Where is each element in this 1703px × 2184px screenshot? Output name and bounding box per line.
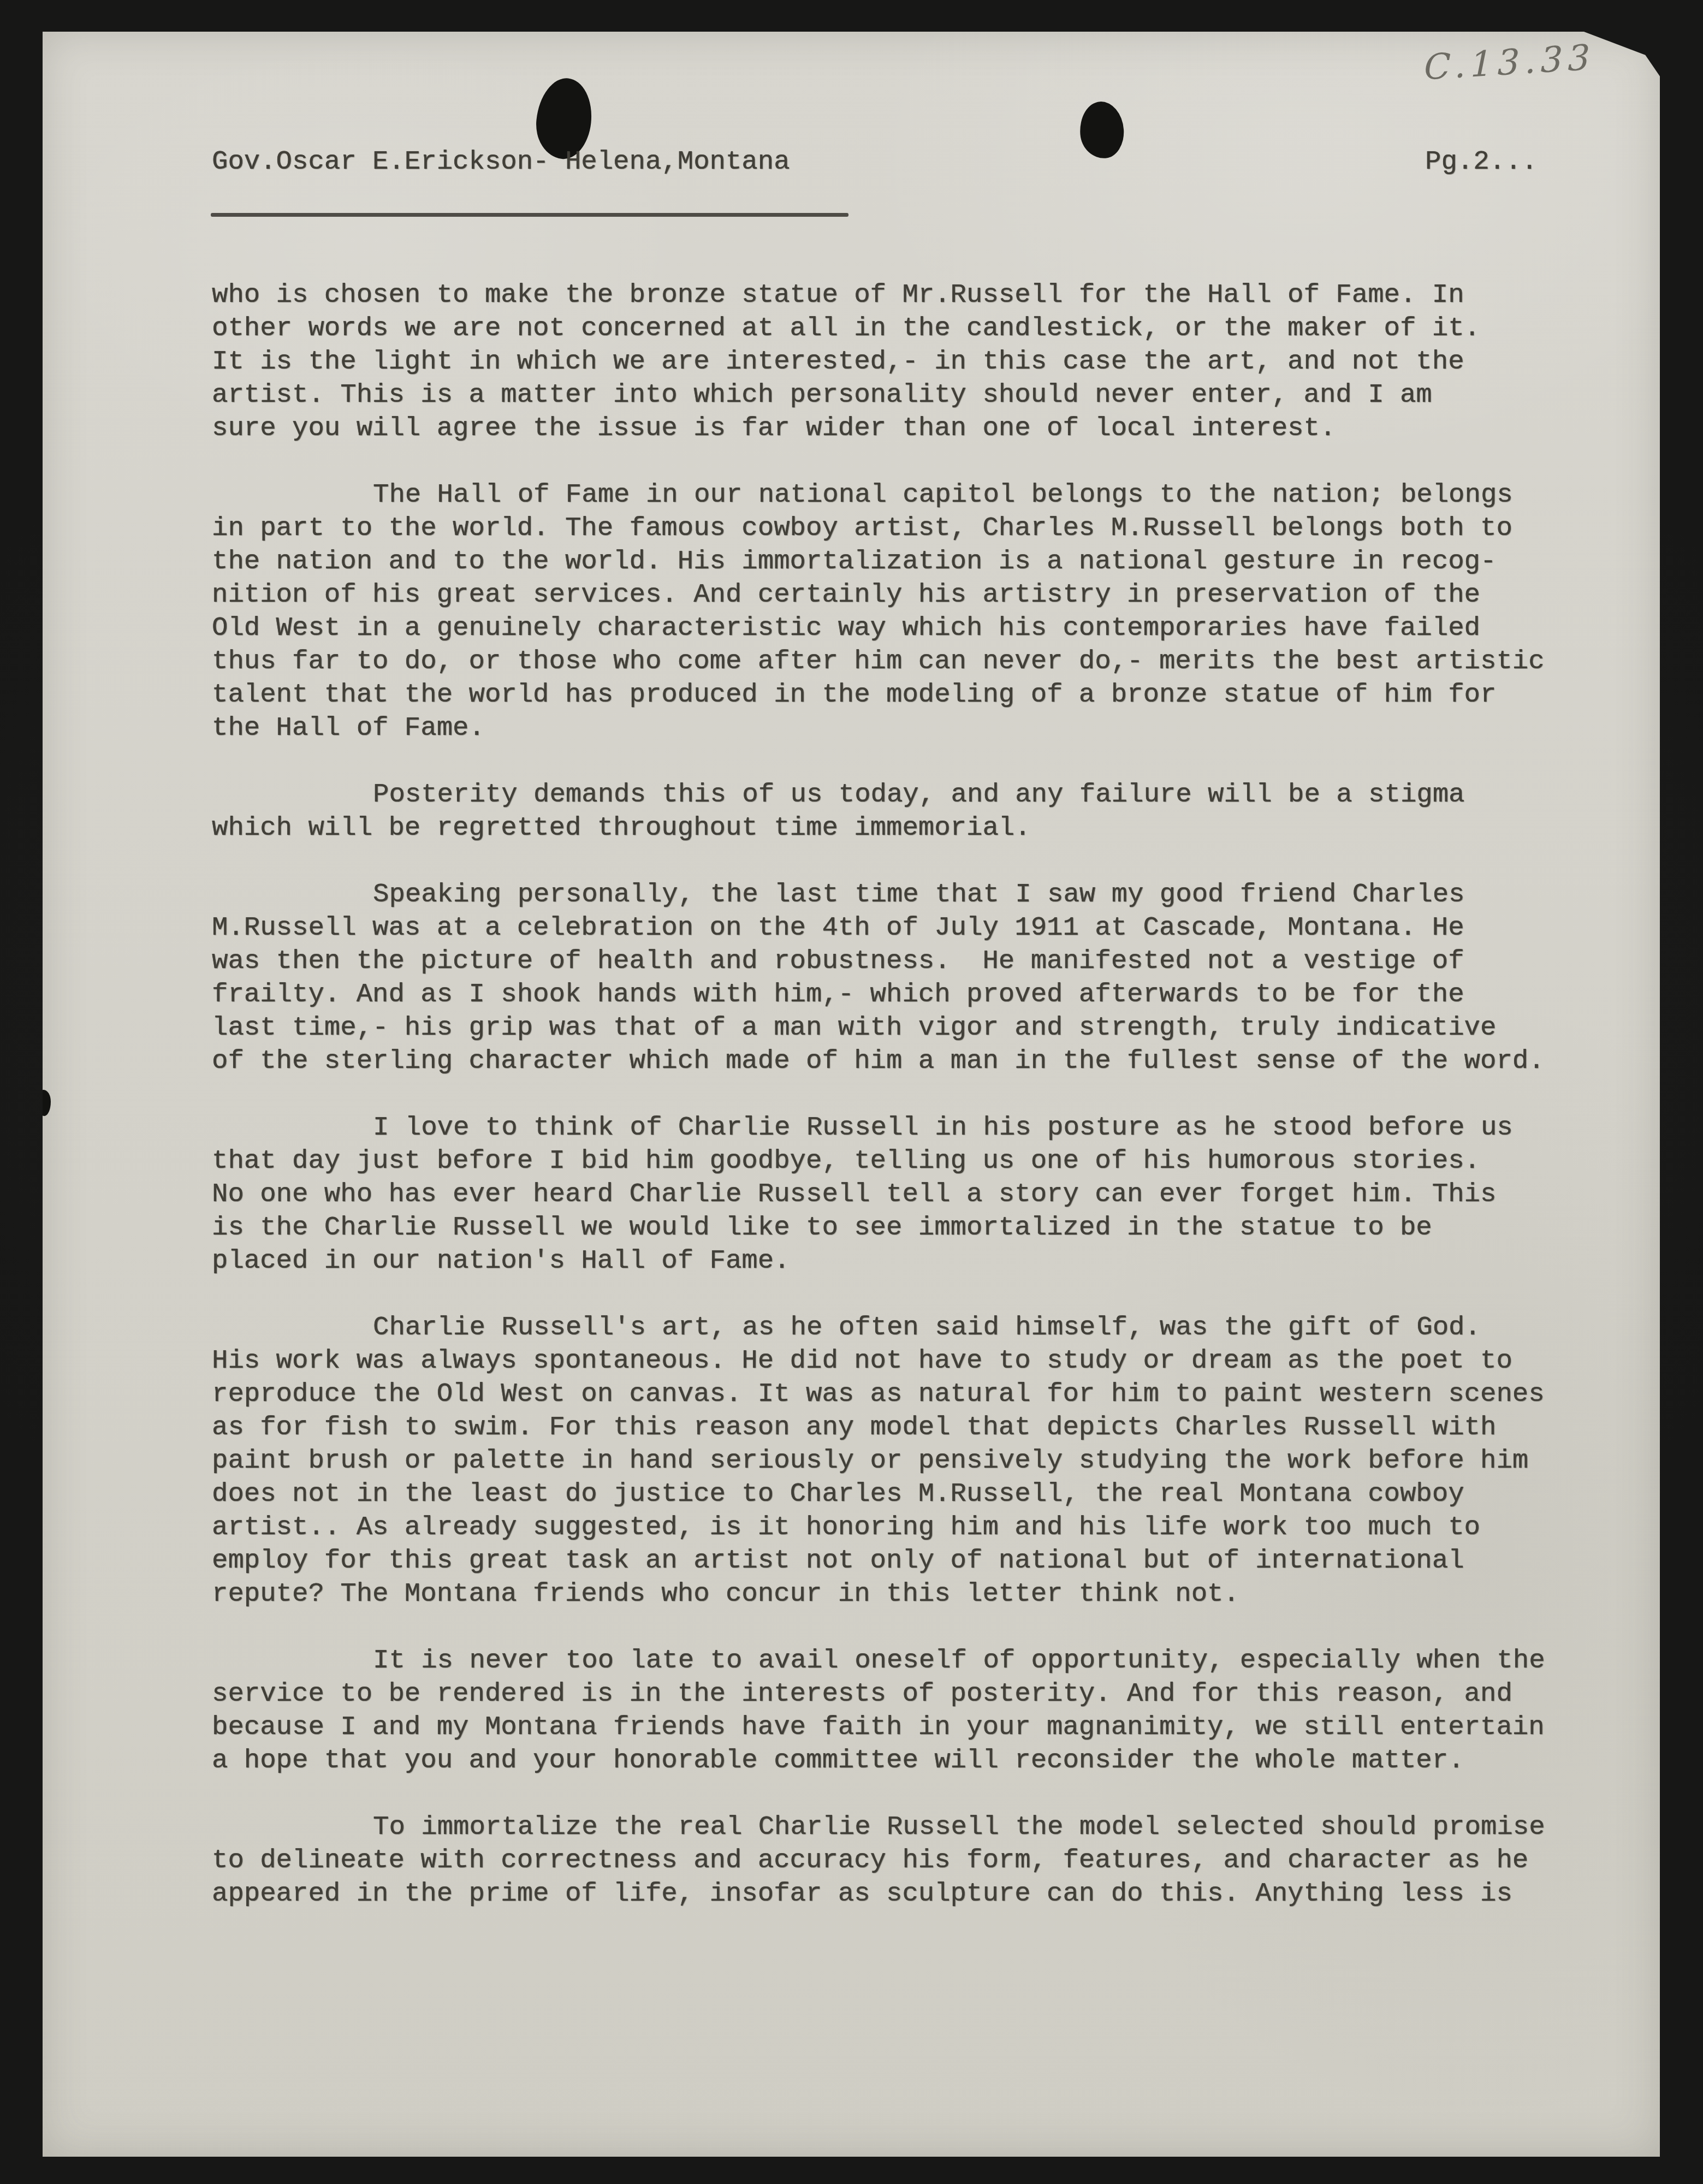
text-line: Old West in a genuinely characteristic w… bbox=[212, 612, 1621, 645]
text-line: paint brush or palette in hand seriously… bbox=[212, 1444, 1621, 1477]
text-line: I love to think of Charlie Russell in hi… bbox=[212, 1111, 1621, 1144]
paragraph: To immortalize the real Charlie Russell … bbox=[212, 1811, 1621, 1910]
header-underline bbox=[211, 213, 848, 217]
paragraph: Charlie Russell's art, as he often said … bbox=[212, 1311, 1621, 1611]
paragraph: It is never too late to avail oneself of… bbox=[212, 1644, 1621, 1777]
punch-hole-icon bbox=[1078, 100, 1125, 159]
text-line: who is chosen to make the bronze statue … bbox=[212, 278, 1621, 312]
text-line: service to be rendered is in the interes… bbox=[212, 1677, 1621, 1711]
paragraph: Speaking personally, the last time that … bbox=[212, 878, 1621, 1078]
text-line: does not in the least do justice to Char… bbox=[212, 1477, 1621, 1511]
text-line: It is never too late to avail oneself of… bbox=[212, 1644, 1621, 1677]
text-line: artist.. As already suggested, is it hon… bbox=[212, 1511, 1621, 1544]
archival-annotation: C.13.33 bbox=[1424, 37, 1595, 88]
paragraph: who is chosen to make the bronze statue … bbox=[212, 278, 1621, 445]
text-line: M.Russell was at a celebration on the 4t… bbox=[212, 911, 1621, 945]
text-line: The Hall of Fame in our national capitol… bbox=[212, 478, 1621, 512]
text-line: It is the light in which we are interest… bbox=[212, 345, 1621, 378]
text-line: reproduce the Old West on canvas. It was… bbox=[212, 1378, 1621, 1411]
text-line: repute? The Montana friends who concur i… bbox=[212, 1577, 1621, 1611]
letter-body: who is chosen to make the bronze statue … bbox=[212, 278, 1621, 1910]
text-line: is the Charlie Russell we would like to … bbox=[212, 1211, 1621, 1244]
text-line: artist. This is a matter into which pers… bbox=[212, 378, 1621, 412]
page-number: Pg.2... bbox=[1425, 145, 1538, 179]
text-line: in part to the world. The famous cowboy … bbox=[212, 512, 1621, 545]
text-line: last time,- his grip was that of a man w… bbox=[212, 1011, 1621, 1044]
text-line: Speaking personally, the last time that … bbox=[212, 878, 1621, 911]
text-line: sure you will agree the issue is far wid… bbox=[212, 412, 1621, 445]
text-line: of the sterling character which made of … bbox=[212, 1044, 1621, 1078]
text-line: other words we are not concerned at all … bbox=[212, 312, 1621, 345]
text-line: which will be regretted throughout time … bbox=[212, 811, 1621, 845]
text-line: the nation and to the world. His immorta… bbox=[212, 545, 1621, 578]
text-line: No one who has ever heard Charlie Russel… bbox=[212, 1178, 1621, 1211]
text-line: appeared in the prime of life, insofar a… bbox=[212, 1877, 1621, 1910]
text-line: as for fish to swim. For this reason any… bbox=[212, 1411, 1621, 1444]
text-line: To immortalize the real Charlie Russell … bbox=[212, 1811, 1621, 1844]
text-line: the Hall of Fame. bbox=[212, 711, 1621, 745]
letter-page: C.13.33 Gov.Oscar E.Erickson- Helena,Mon… bbox=[43, 32, 1660, 2157]
text-line: a hope that you and your honorable commi… bbox=[212, 1744, 1621, 1777]
text-line: employ for this great task an artist not… bbox=[212, 1544, 1621, 1577]
text-line: Posterity demands this of us today, and … bbox=[212, 778, 1621, 811]
text-line: was then the picture of health and robus… bbox=[212, 945, 1621, 978]
paragraph: I love to think of Charlie Russell in hi… bbox=[212, 1111, 1621, 1278]
paper-tear-speck bbox=[38, 1090, 51, 1116]
text-line: that day just before I bid him goodbye, … bbox=[212, 1144, 1621, 1178]
text-line: Charlie Russell's art, as he often said … bbox=[212, 1311, 1621, 1344]
header-addressee: Gov.Oscar E.Erickson- Helena,Montana bbox=[212, 145, 790, 179]
text-line: talent that the world has produced in th… bbox=[212, 678, 1621, 711]
text-line: thus far to do, or those who come after … bbox=[212, 645, 1621, 678]
text-line: nition of his great services. And certai… bbox=[212, 578, 1621, 612]
text-line: His work was always spontaneous. He did … bbox=[212, 1344, 1621, 1378]
text-line: placed in our nation's Hall of Fame. bbox=[212, 1244, 1621, 1278]
text-line: because I and my Montana friends have fa… bbox=[212, 1711, 1621, 1744]
text-line: to delineate with correctness and accura… bbox=[212, 1844, 1621, 1877]
paragraph: Posterity demands this of us today, and … bbox=[212, 778, 1621, 845]
paragraph: The Hall of Fame in our national capitol… bbox=[212, 478, 1621, 745]
text-line: frailty. And as I shook hands with him,-… bbox=[212, 978, 1621, 1011]
photographed-document: C.13.33 Gov.Oscar E.Erickson- Helena,Mon… bbox=[0, 0, 1703, 2184]
